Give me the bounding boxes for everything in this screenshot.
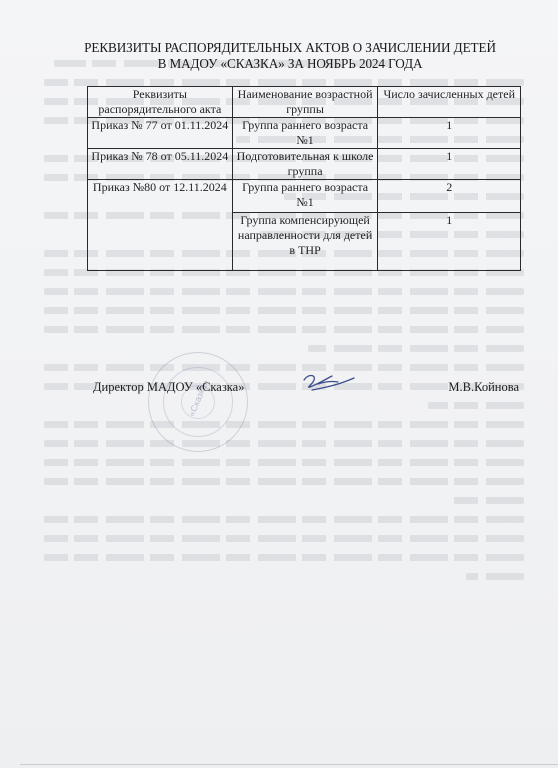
group-cell: Группа раннего возраста №1 [232, 118, 378, 149]
group-cell: Подготовительная к школе группа [232, 149, 378, 180]
table-row: Приказ №80 от 12.11.2024 Группа раннего … [88, 180, 521, 213]
director-position: Директор МАДОУ «Сказка» [93, 380, 244, 395]
header-act-details: Реквизиты распорядительного акта [88, 87, 233, 118]
count-cell: 2 [378, 180, 521, 213]
count-cell: 1 [378, 213, 521, 271]
count-cell: 1 [378, 149, 521, 180]
signature-block: Директор МАДОУ «Сказка» М.В.Койнова [93, 380, 523, 410]
director-name: М.В.Койнова [448, 380, 519, 395]
act-cell: Приказ № 78 от 05.11.2024 [88, 149, 233, 180]
enrollment-acts-table: Реквизиты распорядительного акта Наимено… [87, 86, 521, 271]
count-cell: 1 [378, 118, 521, 149]
table-header-row: Реквизиты распорядительного акта Наимено… [88, 87, 521, 118]
header-children-count: Число зачисленных детей [378, 87, 521, 118]
group-cell: Группа компенсирующей направленности для… [232, 213, 378, 271]
act-cell-merged: Приказ №80 от 12.11.2024 [88, 180, 233, 271]
group-cell: Группа раннего возраста №1 [232, 180, 378, 213]
title-line-2: В МАДОУ «СКАЗКА» ЗА НОЯБРЬ 2024 ГОДА [60, 56, 520, 72]
table-row: Приказ № 78 от 05.11.2024 Подготовительн… [88, 149, 521, 180]
document-page: РЕКВИЗИТЫ РАСПОРЯДИТЕЛЬНЫХ АКТОВ О ЗАЧИС… [0, 0, 558, 768]
header-group-name: Наименование возрастной группы [232, 87, 378, 118]
page-edge-line [20, 764, 558, 765]
act-cell: Приказ № 77 от 01.11.2024 [88, 118, 233, 149]
table-row: Приказ № 77 от 01.11.2024 Группа раннего… [88, 118, 521, 149]
document-title: РЕКВИЗИТЫ РАСПОРЯДИТЕЛЬНЫХ АКТОВ О ЗАЧИС… [60, 40, 520, 72]
title-line-1: РЕКВИЗИТЫ РАСПОРЯДИТЕЛЬНЫХ АКТОВ О ЗАЧИС… [60, 40, 520, 56]
